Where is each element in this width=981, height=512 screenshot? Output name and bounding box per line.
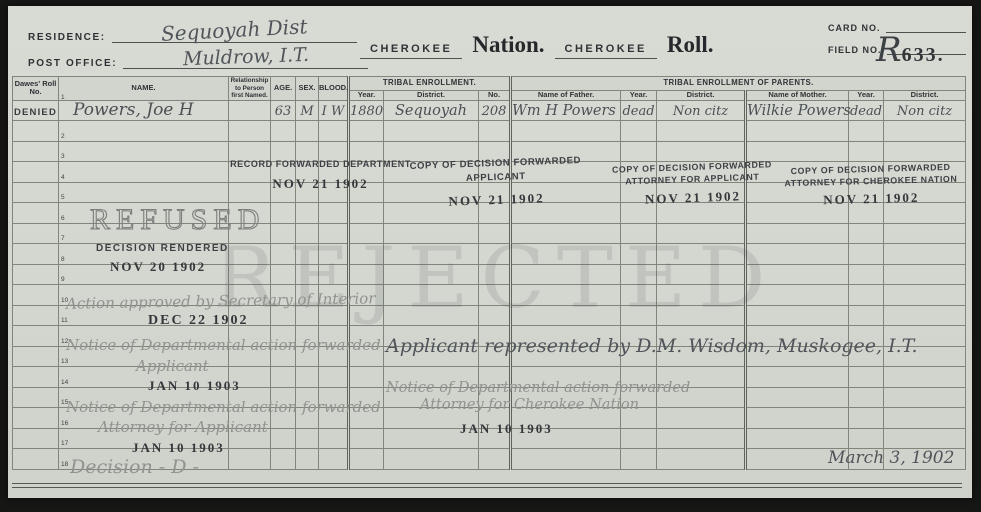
cell-father-year [621, 428, 657, 449]
bottom-rule [12, 483, 962, 488]
cell-tribal-year [349, 367, 384, 388]
enrollment-card: Residence: Sequoyah Dist Post Office: Mu… [8, 6, 972, 498]
cell-dawes [13, 326, 59, 347]
col-name: NAME. [59, 77, 229, 101]
cell-dawes [13, 121, 59, 142]
cell-tribal-no [479, 121, 511, 142]
notice-attorney-applicant-note: Attorney for Applicant [98, 418, 268, 436]
row1-mother-district-value: Non citz [897, 104, 952, 119]
cell-father-district: Non citz [657, 100, 746, 121]
row1-mother-value: Wilkie Powers [747, 103, 851, 119]
cell-mother-year: dead [849, 100, 884, 121]
cell-relationship [229, 100, 271, 121]
denied-stamp: DENIED [14, 107, 57, 118]
post-office-value: Muldrow, I.T. [182, 44, 309, 70]
cell-dawes: DENIED [13, 100, 59, 121]
row1-father-year-value: dead [622, 104, 654, 119]
cell-mother-district [884, 141, 966, 162]
row1-father-value: Wm H Powers [512, 103, 616, 119]
cell-mother-year [849, 428, 884, 449]
cell-father-year [621, 141, 657, 162]
row-number: 16 [61, 420, 68, 427]
cell-mother-district [884, 367, 966, 388]
cell-tribal-district [384, 121, 479, 142]
cell-age [271, 203, 296, 224]
row-number: 11 [61, 317, 68, 324]
cell-mother-district [884, 264, 966, 285]
cell-tribal-year [349, 203, 384, 224]
cell-father [511, 449, 621, 470]
cell-father-district [657, 141, 746, 162]
row-number: 18 [61, 461, 68, 468]
copy-decision-applicant-stamp: COPY OF DECISION FORWARDED APPLICANT NOV… [405, 155, 587, 211]
roll-stamp: CHEROKEE [555, 43, 657, 59]
cell-mother-district [884, 387, 966, 408]
cell-dawes [13, 264, 59, 285]
row-number: 2 [61, 133, 65, 140]
row-number: 9 [61, 276, 65, 283]
col-tribal-district: District. [384, 91, 479, 101]
cell-mother [746, 387, 849, 408]
cell-blood [319, 203, 349, 224]
cell-mother-year [849, 305, 884, 326]
rejected-watermark: REJECTED [213, 232, 778, 324]
residence-row: Residence: Sequoyah Dist [28, 18, 357, 43]
copy-decision-attorney-applicant-stamp: COPY OF DECISION FORWARDED ATTORNEY FOR … [609, 159, 775, 209]
field-no-script-r: R [876, 30, 902, 70]
record-forwarded-stamp: RECORD FORWARDED DEPARTMENT NOV 21 1902 [223, 159, 418, 192]
cell-blood [319, 428, 349, 449]
cell-tribal-no [479, 449, 511, 470]
post-office-label: Post Office: [28, 58, 117, 69]
cell-mother-year [849, 244, 884, 265]
cell-tribal-year [349, 428, 384, 449]
cell-mother-district [884, 223, 966, 244]
field-no-label: Field No. [828, 45, 882, 55]
row-number: 7 [61, 235, 65, 242]
cell-tribal-year: 1880 [349, 100, 384, 121]
cell-father-district [657, 428, 746, 449]
record-forwarded-date: NOV 21 1902 [272, 176, 368, 192]
cell-name: 5 [59, 182, 229, 203]
cell-mother-year [849, 264, 884, 285]
post-office-line: Muldrow, I.T. [123, 46, 368, 69]
row1-age-value: 63 [275, 104, 292, 119]
row-number: 1 [61, 94, 65, 101]
notice-attorney-cherokee-note: Attorney for Cherokee Nation [420, 397, 639, 413]
cell-mother [746, 367, 849, 388]
cell-father [511, 121, 621, 142]
record-forwarded-text: RECORD FORWARDED DEPARTMENT [230, 159, 411, 169]
cell-dawes [13, 285, 59, 306]
attorney-for-applicant-text: ATTORNEY FOR APPLICANT [625, 172, 759, 187]
field-no-value: R633. [876, 30, 945, 70]
cell-dawes [13, 387, 59, 408]
col-age: AGE. [271, 77, 296, 101]
cell-age [271, 367, 296, 388]
cell-mother-year [849, 223, 884, 244]
copy-decision-applicant-text: APPLICANT [466, 171, 526, 184]
card-no-label: Card No. [828, 23, 881, 33]
cell-tribal-year [349, 449, 384, 470]
row-number: 5 [61, 194, 65, 201]
table-row: 2 [13, 121, 966, 142]
cell-sex [296, 449, 319, 470]
cell-mother-year [849, 285, 884, 306]
residence-label: Residence: [28, 32, 106, 43]
notice-forwarded-note-3: Notice of Departmental action forwarded [386, 380, 690, 396]
cell-age [271, 121, 296, 142]
post-office-row: Post Office: Muldrow, I.T. [28, 46, 368, 69]
row-number: 17 [61, 440, 68, 447]
row1-tribal-year-value: 1880 [350, 104, 383, 119]
row-number: 8 [61, 256, 65, 263]
decision-rendered-date: NOV 20 1902 [110, 259, 206, 275]
cell-father-district [657, 449, 746, 470]
cell-blood: I W [319, 100, 349, 121]
nation-stamp: CHEROKEE [360, 43, 462, 59]
cell-mother-district [884, 285, 966, 306]
cell-tribal-district: Sequoyah [384, 100, 479, 121]
col-mother-district: District. [884, 91, 966, 101]
march-date-note: March 3, 1902 [828, 448, 954, 468]
attorney-for-cherokee-date: NOV 21 1902 [823, 190, 920, 209]
cell-sex: M [296, 100, 319, 121]
row-number: 3 [61, 153, 65, 160]
roll-word: Roll. [667, 32, 714, 58]
notice-attorney-applicant-date: JAN 10 1903 [132, 440, 225, 456]
copy-decision-attorney-cherokee-stamp: COPY OF DECISION FORWARDED ATTORNEY FOR … [779, 162, 962, 210]
cell-blood [319, 367, 349, 388]
residence-line: Sequoyah Dist [112, 18, 357, 43]
cell-relationship [229, 449, 271, 470]
action-approved-date: DEC 22 1902 [148, 313, 249, 329]
row-number: 14 [61, 379, 68, 386]
cell-age [271, 428, 296, 449]
group-tribal-enrollment: TRIBAL ENROLLMENT. [349, 77, 511, 91]
row1-father-district-value: Non citz [673, 104, 728, 119]
col-blood: BLOOD. [319, 77, 349, 101]
cell-mother [746, 428, 849, 449]
notice-forwarded-note-2: Notice of Departmental action forwarded [66, 398, 381, 416]
cell-tribal-district [384, 449, 479, 470]
col-father-district: District. [657, 91, 746, 101]
attorney-for-applicant-date: NOV 21 1902 [645, 188, 742, 207]
cell-dawes [13, 244, 59, 265]
col-mother-name: Name of Mother. [746, 91, 849, 101]
cell-tribal-no: 208 [479, 100, 511, 121]
cell-father-year [621, 449, 657, 470]
cell-mother-district [884, 408, 966, 429]
cell-dawes [13, 449, 59, 470]
cell-father-year: dead [621, 100, 657, 121]
cell-dawes [13, 367, 59, 388]
col-sex: SEX. [296, 77, 319, 101]
card-table-header: Dawes' Roll No. NAME. Relationship to Pe… [13, 77, 966, 101]
cell-blood [319, 449, 349, 470]
notice-forwarded-note-1: Notice of Departmental action forwarded [66, 336, 381, 354]
row-number: 6 [61, 215, 65, 222]
residence-value: Sequoyah Dist [160, 14, 308, 46]
cell-dawes [13, 203, 59, 224]
col-father-year: Year. [621, 91, 657, 101]
applicant-represented-note: Applicant represented by D.M. Wisdom, Mu… [386, 335, 918, 357]
cell-name: 2 [59, 121, 229, 142]
row1-tribal-district-value: Sequoyah [395, 103, 467, 119]
cell-mother-year [849, 387, 884, 408]
row1-tribal-no-value: 208 [482, 104, 507, 119]
group-tribal-enrollment-parents: TRIBAL ENROLLMENT OF PARENTS. [511, 77, 966, 91]
cell-name: 1Powers, Joe H [59, 100, 229, 121]
cell-father-year [621, 121, 657, 142]
cell-tribal-year [349, 121, 384, 142]
row-number: 4 [61, 174, 65, 181]
cell-mother [746, 408, 849, 429]
col-relationship: Relationship to Person first Named. [229, 77, 271, 101]
col-father-name: Name of Father. [511, 91, 621, 101]
notice-attorney-cherokee-date: JAN 10 1903 [460, 421, 553, 437]
cell-father: Wm H Powers [511, 100, 621, 121]
cell-sex [296, 203, 319, 224]
cell-dawes [13, 305, 59, 326]
cell-mother [746, 121, 849, 142]
cell-father-district [657, 408, 746, 429]
col-mother-year: Year. [849, 91, 884, 101]
cell-mother [746, 141, 849, 162]
card-field-number-block: Card No. Field No. R633. [828, 20, 966, 64]
row1-blood-value: I W [322, 104, 345, 119]
col-tribal-no: No. [479, 91, 511, 101]
cell-mother-district [884, 305, 966, 326]
copy-decision-applicant-date: NOV 21 1902 [448, 190, 545, 209]
cell-sex [296, 428, 319, 449]
cell-dawes [13, 223, 59, 244]
cell-age: 63 [271, 100, 296, 121]
cell-mother-district: Non citz [884, 100, 966, 121]
nation-roll-title: CHEROKEE Nation. CHEROKEE Roll. [360, 32, 714, 59]
cell-age [271, 449, 296, 470]
nation-word: Nation. [472, 32, 544, 58]
cell-father-district [657, 121, 746, 142]
cell-mother-district [884, 428, 966, 449]
col-tribal-year: Year. [349, 91, 384, 101]
cell-sex [296, 121, 319, 142]
cell-mother-district [884, 244, 966, 265]
cell-relationship [229, 121, 271, 142]
cell-mother-district [884, 121, 966, 142]
notice-applicant-date: JAN 10 1903 [148, 378, 241, 394]
cell-dawes [13, 162, 59, 183]
cell-mother: Wilkie Powers [746, 100, 849, 121]
row-number: 13 [61, 358, 68, 365]
cell-dawes [13, 428, 59, 449]
cell-mother-year [849, 141, 884, 162]
field-no-digits: 633. [902, 44, 945, 66]
cell-mother-year [849, 408, 884, 429]
decision-d-note: Decision - D - [70, 456, 199, 478]
cell-dawes [13, 141, 59, 162]
table-row: DENIED1Powers, Joe H63MI W1880Sequoyah20… [13, 100, 966, 121]
row1-mother-year-value: dead [850, 104, 882, 119]
row1-name-value: Powers, Joe H [73, 100, 194, 120]
row1-sex-value: M [300, 104, 313, 119]
cell-name: 4 [59, 162, 229, 183]
attorney-for-cherokee-text: ATTORNEY FOR CHEROKEE NATION [784, 174, 957, 189]
cell-name: 3 [59, 141, 229, 162]
notice-applicant-note: Applicant [136, 357, 209, 375]
col-dawes-roll-no: Dawes' Roll No. [13, 77, 59, 101]
cell-sex [296, 367, 319, 388]
cell-dawes [13, 408, 59, 429]
cell-blood [319, 121, 349, 142]
cell-dawes [13, 346, 59, 367]
decision-rendered-stamp: DECISION RENDERED [96, 243, 229, 254]
cell-mother-year [849, 367, 884, 388]
cell-mother-year [849, 121, 884, 142]
cell-dawes [13, 182, 59, 203]
